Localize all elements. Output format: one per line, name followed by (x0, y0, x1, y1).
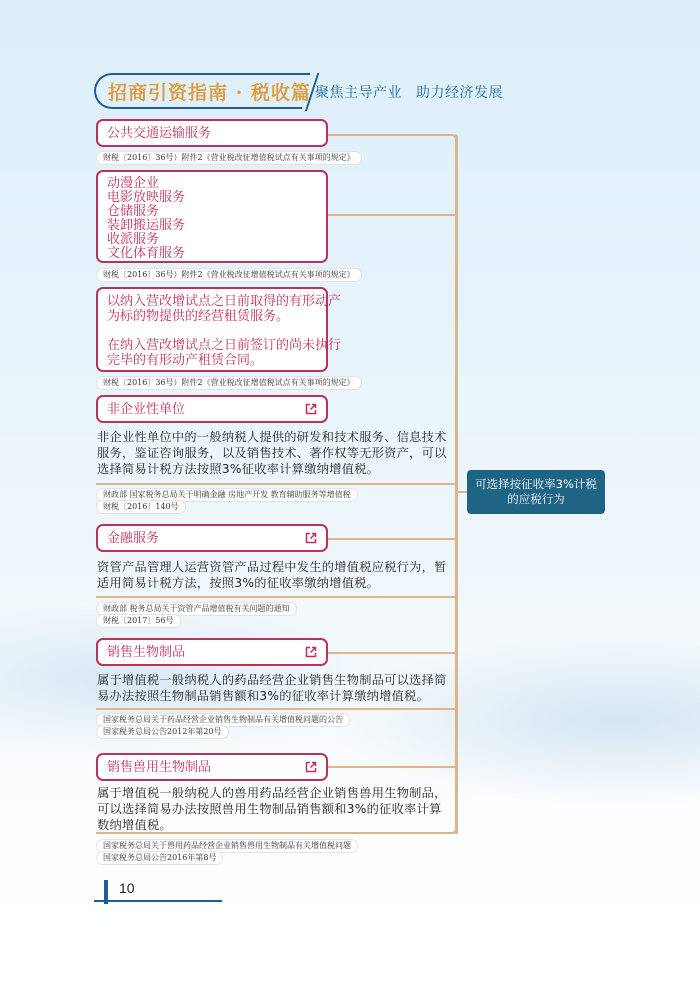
text-line: 在纳入营改增试点之日前签订的尚未执行 (107, 338, 317, 353)
connector-item-5 (96, 596, 456, 598)
external-link-icon[interactable] (305, 532, 317, 544)
external-link-icon[interactable] (305, 646, 317, 658)
page-number-marker: 10 (94, 880, 224, 906)
list-item: 装卸搬运服务 (107, 219, 317, 233)
item-title: 非企业性单位 (107, 403, 317, 417)
list-item: 仓储服务 (107, 205, 317, 219)
citation: 财税〔2016〕36号）附件2《营业税改征增值税试点有关事项的规定》 (96, 268, 362, 282)
callout-line-2: 的应税行为 (467, 492, 605, 507)
connector-item-1 (328, 134, 448, 136)
item-financial-services[interactable]: 金融服务 (96, 524, 328, 552)
external-link-icon[interactable] (305, 761, 317, 773)
connector-item-2 (328, 214, 456, 216)
text-line: 完毕的有形动产租赁合同。 (107, 353, 317, 368)
item-description: 属于增值税一般纳税人的药品经营企业销售生物制品可以选择简易办法按照生物制品销售额… (97, 672, 447, 704)
citation: 国家税务总局公告2016年第8号 (96, 851, 223, 865)
page-number: 10 (119, 880, 135, 896)
connector-item-6 (96, 708, 456, 710)
item-description: 属于增值税一般纳税人的兽用药品经营企业销售兽用生物制品，可以选择简易办法按照兽用… (97, 785, 447, 833)
connector-item-4 (96, 483, 456, 485)
item-title: 销售兽用生物制品 (107, 761, 317, 775)
item-lease-services[interactable]: 以纳入营改增试点之日前取得的有形动产 为标的物提供的经营租赁服务。 在纳入营改增… (96, 287, 328, 372)
summary-callout: 可选择按征收率3%计税 的应税行为 (467, 470, 605, 514)
header-title: 招商引资指南 · 税收篇 (108, 78, 311, 105)
connector-item-7-top (328, 766, 456, 768)
item-biological-products[interactable]: 销售生物制品 (96, 638, 328, 666)
item-description: 非企业性单位中的一般纳税人提供的研发和技术服务、信息技术服务，鉴证咨询服务，以及… (97, 429, 447, 477)
connector-item-5-top (328, 538, 456, 540)
header-subtitle-part2: 助力经济发展 (416, 85, 503, 101)
text-line: 为标的物提供的经营租赁服务。 (107, 309, 317, 324)
header-subtitle: 聚焦主导产业助力经济发展 (315, 82, 503, 102)
citation: 财税〔2017〕56号 (96, 614, 181, 628)
external-link-icon[interactable] (305, 403, 317, 415)
citation: 国家税务总局公告2012年第20号 (96, 725, 229, 739)
item-title: 公共交通运输服务 (107, 127, 317, 141)
list-item: 文化体育服务 (107, 247, 317, 261)
item-public-transport[interactable]: 公共交通运输服务 (96, 119, 328, 147)
list-item: 收派服务 (107, 233, 317, 247)
item-service-list[interactable]: 动漫企业 电影放映服务 仓储服务 装卸搬运服务 收派服务 文化体育服务 (96, 170, 328, 263)
citation: 财税〔2016〕36号）附件2《营业税改征增值税试点有关事项的规定》 (96, 151, 362, 165)
page-number-rule (94, 900, 222, 902)
item-description: 资管产品管理人运营资管产品过程中发生的增值税应税行为，暂适用简易计税方法，按照3… (97, 559, 447, 591)
item-title: 金融服务 (107, 532, 317, 546)
item-non-enterprise-units[interactable]: 非企业性单位 (96, 395, 328, 423)
item-veterinary-biological-products[interactable]: 销售兽用生物制品 (96, 753, 328, 781)
text-line: 以纳入营改增试点之日前取得的有形动产 (107, 294, 317, 309)
header-subtitle-part1: 聚焦主导产业 (315, 85, 402, 101)
connector-item-6-top (328, 652, 456, 654)
citation: 财税〔2016〕140号 (96, 500, 186, 514)
list-item: 动漫企业 (107, 177, 317, 191)
list-item: 电影放映服务 (107, 191, 317, 205)
citation: 财税〔2016〕36号）附件2《营业税改征增值税试点有关事项的规定》 (96, 376, 362, 390)
callout-line-1: 可选择按征收率3%计税 (467, 477, 605, 492)
item-title: 销售生物制品 (107, 646, 317, 660)
page-header: 招商引资指南 · 税收篇 聚焦主导产业助力经济发展 (94, 73, 514, 109)
